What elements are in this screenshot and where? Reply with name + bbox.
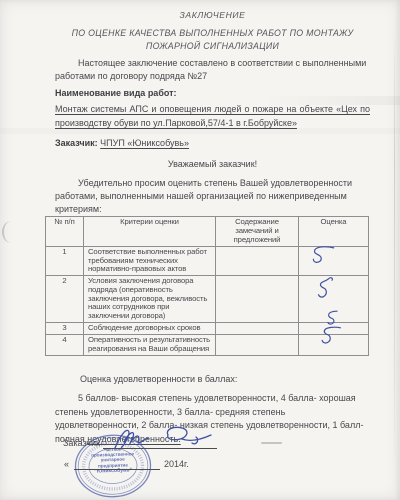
row-remarks bbox=[216, 276, 299, 323]
customer-label: Заказчик: bbox=[55, 138, 98, 148]
signature-label: Заказчик bbox=[63, 438, 100, 448]
handwritten-signature bbox=[112, 423, 224, 455]
row-remarks bbox=[216, 323, 299, 335]
row-num: 4 bbox=[46, 334, 84, 355]
scale-title: Оценка удовлетворенности в баллах: bbox=[55, 373, 370, 386]
date-blank-line bbox=[74, 469, 160, 470]
document-title: ЗАКЛЮЧЕНИЕ bbox=[55, 10, 370, 21]
work-type-label: Наименование вида работ: bbox=[55, 87, 370, 99]
row-criterion: Условия заключения договора подряда (опе… bbox=[84, 276, 216, 323]
scan-edge-line bbox=[394, 30, 395, 470]
work-type-value: Монтаж системы АПС и оповещения людей о … bbox=[55, 103, 370, 129]
salutation: Уважаемый заказчик! bbox=[55, 158, 370, 170]
row-num: 2 bbox=[46, 276, 84, 323]
row-num: 1 bbox=[46, 246, 84, 275]
header-score: Оценка bbox=[299, 217, 369, 246]
row-num: 3 bbox=[46, 323, 84, 335]
row-remarks bbox=[216, 246, 299, 275]
scanned-document-page: ЗАКЛЮЧЕНИЕ ПО ОЦЕНКЕ КАЧЕСТВА ВЫПОЛНЕННЫ… bbox=[0, 0, 400, 500]
date-year: 2014г. bbox=[164, 459, 189, 469]
date-open-quote: « bbox=[64, 459, 69, 469]
row-criterion: Оперативность и результативность реагиро… bbox=[84, 334, 216, 355]
document-subtitle: ПО ОЦЕНКЕ КАЧЕСТВА ВЫПОЛНЕННЫХ РАБОТ ПО … bbox=[55, 27, 370, 53]
row-remarks bbox=[216, 334, 299, 355]
customer-line: Заказчик: ЧПУП «Юниксобувь» bbox=[55, 137, 370, 149]
request-paragraph: Убедительно просим оценить степень Вашей… bbox=[55, 177, 370, 216]
customer-value: ЧПУП «Юниксобувь» bbox=[100, 138, 189, 148]
intro-paragraph: Настоящее заключение составлено в соотве… bbox=[55, 57, 370, 83]
header-criteria: Критерии оценки bbox=[84, 217, 216, 246]
handwritten-score-5-row2 bbox=[312, 275, 339, 304]
header-remarks: Содержание замечаний и предложений bbox=[216, 217, 299, 246]
handwritten-score-5-row1 bbox=[307, 243, 336, 265]
header-num: № п/п bbox=[46, 217, 84, 246]
document-body: ЗАКЛЮЧЕНИЕ ПО ОЦЕНКЕ КАЧЕСТВА ВЫПОЛНЕННЫ… bbox=[55, 7, 370, 446]
row-criterion: Соблюдение договорных сроков bbox=[84, 323, 216, 335]
handwritten-score-5-row4 bbox=[316, 324, 344, 347]
table-header-row: № п/п Критерии оценки Содержание замечан… bbox=[46, 217, 369, 246]
row-criterion: Соответствие выполненных работ требовани… bbox=[84, 246, 216, 275]
page-curl-artifact bbox=[2, 221, 20, 243]
